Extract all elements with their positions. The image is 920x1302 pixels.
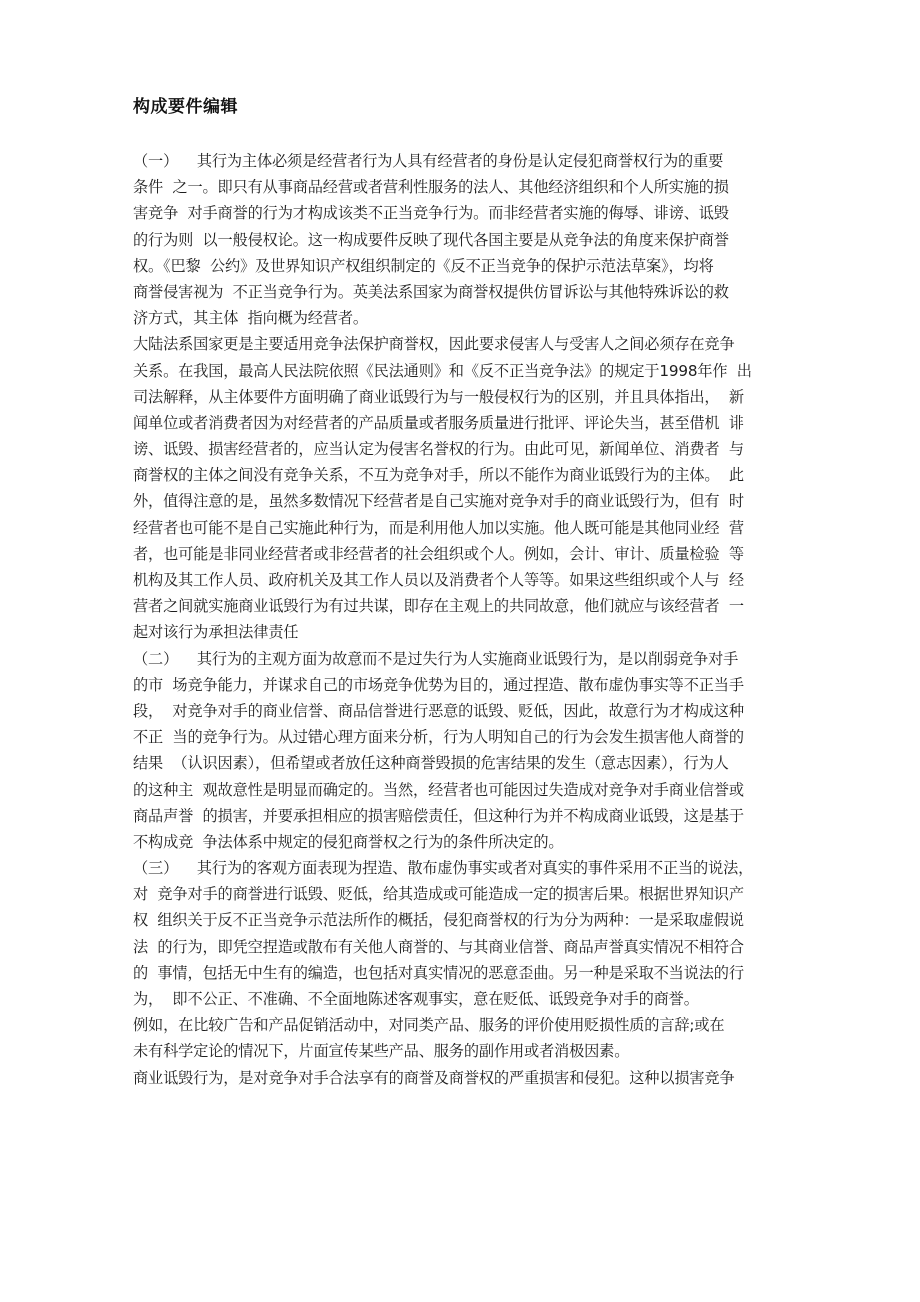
text-line: 谤、诋毁、损害经营者的，应当认定为侵害名誉权的行为。由此可见，新闻单位、消费者 … xyxy=(133,436,803,462)
text-line: 的 事情，包括无中生有的编造，也包括对真实情况的恶意歪曲。另一种是采取不当说法的… xyxy=(133,960,803,986)
text-line: 害竞争 对手商誉的行为才构成该类不正当竞争行为。而非经营者实施的侮辱、诽谤、诋毁 xyxy=(133,200,803,226)
text-line: 商誉权的主体之间没有竞争关系，不互为竞争对手，所以不能作为商业诋毁行为的主体。 … xyxy=(133,462,803,488)
text-line: 权。《巴黎 公约》及世界知识产权组织制定的《反不正当竞争的保护示范法草案》，均将 xyxy=(133,253,803,279)
text-line: 外，值得注意的是，虽然多数情况下经营者是自己实施对竞争对手的商业诋毁行为，但有 … xyxy=(133,488,803,514)
text-line: 例如，在比较广告和产品促销活动中，对同类产品、服务的评价使用贬损性质的言辞;或在 xyxy=(133,1012,803,1038)
text-line: 不正 当的竞争行为。从过错心理方面来分析，行为人明知自己的行为会发生损害他人商誉… xyxy=(133,724,803,750)
text-line: 对 竞争对手的商誉进行诋毁、贬低，给其造成或可能造成一定的损害后果。根据世界知识… xyxy=(133,881,803,907)
text-line: （一） 其行为主体必须是经营者行为人具有经营者的身份是认定侵犯商誉权行为的重要 xyxy=(133,148,803,174)
text-line: 商品声誉 的损害，并要承担相应的损害赔偿责任，但这种行为并不构成商业诋毁，这是基… xyxy=(133,803,803,829)
text-line: 济方式，其主体 指向概为经营者。 xyxy=(133,305,803,331)
section-heading: 构成要件编辑 xyxy=(133,92,238,117)
document-page: 构成要件编辑 （一） 其行为主体必须是经营者行为人具有经营者的身份是认定侵犯商誉… xyxy=(0,0,920,1302)
text-line: 经营者也可能不是自己实施此种行为，而是利用他人加以实施。他人既可能是其他同业经 … xyxy=(133,515,803,541)
text-line: 条件 之一。即只有从事商品经营或者营利性服务的法人、其他经济组织和个人所实施的损 xyxy=(133,174,803,200)
text-line: 为， 即不公正、不准确、不全面地陈述客观事实，意在贬低、诋毁竞争对手的商誉。 xyxy=(133,986,803,1012)
text-line: （三） 其行为的客观方面表现为捏造、散布虚伪事实或者对真实的事件采用不正当的说法… xyxy=(133,855,803,881)
text-line: （二） 其行为的主观方面为故意而不是过失行为人实施商业诋毁行为，是以削弱竞争对手 xyxy=(133,646,803,672)
text-line: 关系。在我国，最高人民法院依照《民法通则》和《反不正当竞争法》的规定于1998年… xyxy=(133,358,803,384)
text-line: 段， 对竞争对手的商业信誉、商品信誉进行恶意的诋毁、贬低，因此，故意行为才构成这… xyxy=(133,698,803,724)
text-line: 的行为则 以一般侵权论。这一构成要件反映了现代各国主要是从竞争法的角度来保护商誉 xyxy=(133,227,803,253)
text-line: 商业诋毁行为，是对竞争对手合法享有的商誉及商誉权的严重损害和侵犯。这种以损害竞争 xyxy=(133,1065,803,1091)
text-line: 的这种主 观故意性是明显而确定的。当然，经营者也可能因过失造成对竞争对手商业信誉… xyxy=(133,777,803,803)
text-line: 商誉侵害视为 不正当竞争行为。英美法系国家为商誉权提供仿冒诉讼与其他特殊诉讼的救 xyxy=(133,279,803,305)
text-line: 结果 （认识因素），但希望或者放任这种商誉毁损的危害结果的发生（意志因素），行为… xyxy=(133,750,803,776)
document-body: （一） 其行为主体必须是经营者行为人具有经营者的身份是认定侵犯商誉权行为的重要条… xyxy=(133,148,803,1091)
text-line: 未有科学定论的情况下，片面宣传某些产品、服务的副作用或者消极因素。 xyxy=(133,1038,803,1064)
text-line: 营者之间就实施商业诋毁行为有过共谋，即存在主观上的共同故意，他们就应与该经营者 … xyxy=(133,593,803,619)
text-line: 者，也可能是非同业经营者或非经营者的社会组织或个人。例如，会计、审计、质量检验 … xyxy=(133,541,803,567)
text-line: 闻单位或者消费者因为对经营者的产品质量或者服务质量进行批评、评论失当，甚至借机 … xyxy=(133,410,803,436)
text-line: 法 的行为，即凭空捏造或散布有关他人商誉的、与其商业信誉、商品声誉真实情况不相符… xyxy=(133,934,803,960)
text-line: 的市 场竞争能力，并谋求自己的市场竞争优势为目的，通过捏造、散布虚伪事实等不正当… xyxy=(133,672,803,698)
text-line: 机构及其工作人员、政府机关及其工作人员以及消费者个人等等。如果这些组织或个人与 … xyxy=(133,567,803,593)
text-line: 大陆法系国家更是主要适用竞争法保护商誉权，因此要求侵害人与受害人之间必须存在竞争 xyxy=(133,331,803,357)
text-line: 不构成竞 争法体系中规定的侵犯商誉权之行为的条件所决定的。 xyxy=(133,829,803,855)
text-line: 司法解释，从主体要件方面明确了商业诋毁行为与一般侵权行为的区别，并且具体指出， … xyxy=(133,384,803,410)
text-line: 权 组织关于反不正当竞争示范法所作的概括，侵犯商誉权的行为分为两种：一是采取虚假… xyxy=(133,907,803,933)
text-line: 起对该行为承担法律责任 xyxy=(133,619,803,645)
